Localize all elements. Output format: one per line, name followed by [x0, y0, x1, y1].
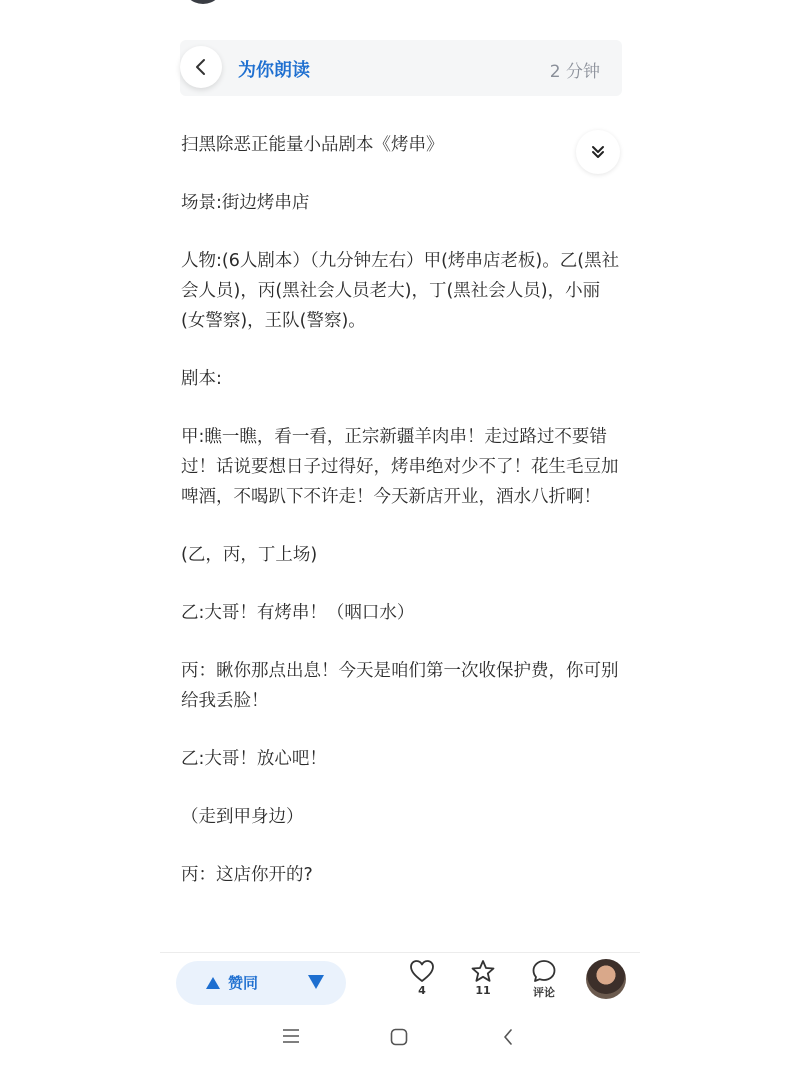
- read-duration: 2 分钟: [550, 57, 600, 82]
- home-button[interactable]: [390, 1028, 408, 1050]
- partial-avatar: [182, 0, 224, 4]
- favorite-button[interactable]: 11: [463, 959, 503, 997]
- recent-apps-button[interactable]: [282, 1028, 300, 1048]
- action-bar: 赞同 4 11 评论: [160, 952, 640, 1011]
- upvote-label: 赞同: [228, 972, 258, 993]
- article-body: 扫黑除恶正能量小品剧本《烤串》 场景:街边烤串店 人物:(6人剧本）（九分钟左右…: [181, 130, 621, 918]
- article-title: 扫黑除恶正能量小品剧本《烤串》: [181, 130, 561, 160]
- like-button[interactable]: 4: [402, 959, 442, 997]
- paragraph-line: 甲:瞧一瞧，看一看，正宗新疆羊肉串！走过路过不要错过！话说要想日子过得好，烤串绝…: [181, 422, 621, 512]
- back-button[interactable]: [180, 46, 222, 88]
- read-aloud-bar[interactable]: 为你朗读 2 分钟: [180, 40, 622, 96]
- read-aloud-title[interactable]: 为你朗读: [238, 56, 310, 82]
- menu-lines-icon: [282, 1028, 300, 1044]
- downvote-button[interactable]: [308, 974, 324, 993]
- comment-button[interactable]: 评论: [524, 959, 564, 1000]
- phone-screen: 为你朗读 2 分钟 扫黑除恶正能量小品剧本《烤串》 场景:街边烤串店 人物:(6…: [160, 0, 640, 1067]
- paragraph-line: 乙:大哥！有烤串！（咽口水）: [181, 598, 621, 628]
- square-icon: [390, 1028, 408, 1046]
- like-count: 4: [418, 984, 426, 997]
- heart-icon: [409, 959, 435, 983]
- author-avatar[interactable]: [586, 959, 626, 999]
- paragraph-characters: 人物:(6人剧本）（九分钟左右）甲(烤串店老板)。乙(黑社会人员)，丙(黑社会人…: [181, 246, 621, 336]
- triangle-down-icon: [308, 975, 324, 989]
- system-back-button[interactable]: [502, 1028, 514, 1050]
- chevron-left-icon: [502, 1028, 514, 1046]
- chevron-left-icon: [194, 58, 208, 76]
- paragraph-stage-direction: (乙，丙，丁上场): [181, 540, 621, 570]
- comment-bubble-icon: [531, 959, 557, 983]
- favorite-count: 11: [475, 984, 490, 997]
- paragraph-script-heading: 剧本:: [181, 364, 621, 394]
- paragraph-scene: 场景:街边烤串店: [181, 188, 621, 218]
- comment-label: 评论: [533, 984, 555, 1000]
- star-icon: [470, 959, 496, 983]
- paragraph-line: 丙：这店你开的?: [181, 860, 621, 890]
- system-nav-bar: [160, 1012, 640, 1067]
- upvote-button[interactable]: 赞同: [206, 972, 258, 993]
- paragraph-stage-direction: （走到甲身边）: [181, 802, 621, 832]
- triangle-up-icon: [206, 977, 220, 989]
- paragraph-line: 乙:大哥！放心吧！: [181, 744, 621, 774]
- paragraph-line: 丙：瞅你那点出息！今天是咱们第一次收保护费，你可别给我丢脸！: [181, 656, 621, 716]
- vote-control: 赞同: [176, 961, 346, 1005]
